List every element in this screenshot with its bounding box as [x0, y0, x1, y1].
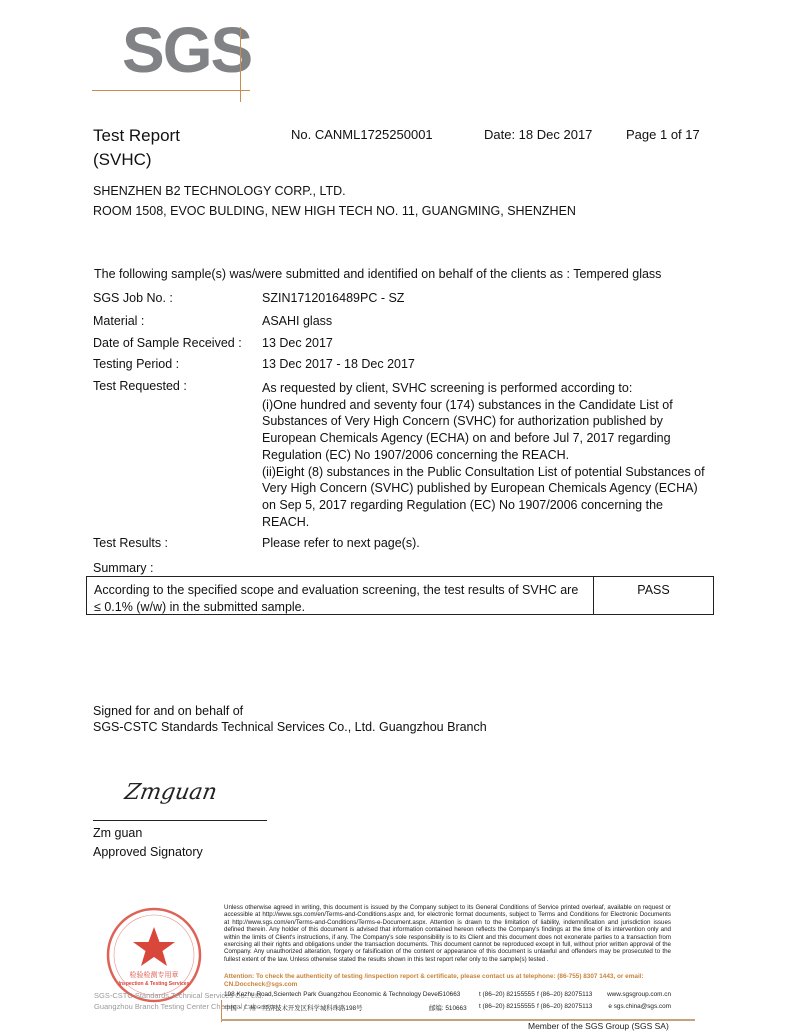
postcode-english: 510663 [439, 991, 479, 998]
svg-text:Inspection & Testing Services: Inspection & Testing Services [119, 981, 190, 987]
report-title-line1: Test Report [93, 124, 180, 148]
summary-description-cell: According to the specified scope and eva… [87, 577, 594, 614]
test-requested-text: As requested by client, SVHC screening i… [262, 380, 722, 530]
test-requested-line: Substances of Very High Concern (SVHC) f… [262, 413, 722, 430]
signatory-role: Approved Signatory [93, 843, 203, 862]
telephone: t (86–20) 82155555 [479, 991, 537, 998]
client-address: ROOM 1508, EVOC BULDING, NEW HIGH TECH N… [93, 201, 576, 221]
email-link[interactable]: e sgs.china@sgs.com [597, 1003, 671, 1012]
test-requested-line: (i)One hundred and seventy four (174) su… [262, 397, 722, 414]
test-requested-line: on Sep 5, 2017 regarding Regulation (EC)… [262, 497, 722, 514]
svg-text:检验检测专用章: 检验检测专用章 [130, 970, 179, 979]
address-chinese: 中国・广州・经济技术开发区科学城科珠路198号 [224, 1003, 429, 1012]
report-title: Test Report (SVHC) [93, 124, 180, 172]
client-block: SHENZHEN B2 TECHNOLOGY CORP., LTD. ROOM … [93, 181, 576, 221]
signatory-block: Zm guan Approved Signatory [93, 824, 203, 862]
report-title-line2: (SVHC) [93, 148, 180, 172]
member-of-sgs-group: Member of the SGS Group (SGS SA) [528, 1021, 669, 1031]
telephone-cn: t (86–20) 82155555 [479, 1003, 537, 1012]
field-value-job-no: SZIN1712016489PC - SZ [262, 291, 404, 305]
test-requested-line: European Chemicals Agency (ECHA) on and … [262, 430, 722, 447]
signed-line1: Signed for and on behalf of [93, 703, 487, 719]
field-value-test-results: Please refer to next page(s). [262, 536, 420, 550]
report-date: Date: 18 Dec 2017 [484, 127, 592, 142]
signatory-name: Zm guan [93, 824, 203, 843]
test-requested-line: REACH. [262, 514, 722, 531]
authenticity-attention: Attention: To check the authenticity of … [224, 973, 671, 988]
test-requested-line: (ii)Eight (8) substances in the Public C… [262, 464, 722, 481]
report-number: No. CANML1725250001 [291, 127, 433, 142]
field-label-material: Material : [93, 314, 144, 328]
handwritten-signature: Zmguan [123, 780, 219, 805]
sample-intro: The following sample(s) was/were submitt… [94, 267, 661, 281]
signature-line [93, 820, 267, 821]
logo-horizontal-rule [92, 90, 250, 91]
test-requested-line: Very High Concern (SVHC) published by Eu… [262, 480, 722, 497]
test-requested-line: As requested by client, SVHC screening i… [262, 380, 722, 397]
address-english: 198 Kezhu Road,Scientech Park Guangzhou … [224, 991, 439, 998]
field-value-testing-period: 13 Dec 2017 - 18 Dec 2017 [262, 357, 415, 371]
website-link[interactable]: www.sgsgroup.com.cn [597, 991, 671, 998]
signed-line2: SGS-CSTC Standards Technical Services Co… [93, 719, 487, 735]
address-row-english: 198 Kezhu Road,Scientech Park Guangzhou … [224, 991, 671, 998]
summary-text-line1: According to the specified scope and eva… [94, 582, 586, 599]
page-number: Page 1 of 17 [626, 127, 700, 142]
summary-label: Summary : [93, 561, 153, 575]
field-label-job-no: SGS Job No. : [93, 291, 173, 305]
client-name: SHENZHEN B2 TECHNOLOGY CORP., LTD. [93, 181, 576, 201]
postcode-chinese: 邮编: 510663 [429, 1003, 479, 1012]
field-label-testing-period: Testing Period : [93, 357, 179, 371]
test-requested-line: Regulation (EC) No 1907/2006 concerning … [262, 447, 722, 464]
fax-cn: f (86–20) 82075113 [537, 1003, 597, 1012]
signed-on-behalf: Signed for and on behalf of SGS-CSTC Sta… [93, 703, 487, 735]
logo-vertical-rule [240, 27, 241, 102]
field-value-material: ASAHI glass [262, 314, 332, 328]
legal-fine-print: Unless otherwise agreed in writing, this… [224, 904, 671, 963]
sgs-logo: SGS [92, 10, 252, 95]
field-label-test-results: Test Results : [93, 536, 168, 550]
summary-result-cell: PASS [594, 577, 713, 614]
summary-table: According to the specified scope and eva… [86, 576, 714, 615]
summary-text-line2: ≤ 0.1% (w/w) in the submitted sample. [94, 599, 586, 616]
field-value-date-received: 13 Dec 2017 [262, 336, 333, 350]
field-label-test-requested: Test Requested : [93, 379, 187, 393]
address-row-chinese: 中国・广州・经济技术开发区科学城科珠路198号 邮编: 510663 t (86… [224, 1003, 671, 1012]
sgs-logo-text: SGS [122, 18, 251, 82]
field-label-date-received: Date of Sample Received : [93, 336, 242, 350]
fax: f (86–20) 82075113 [537, 991, 597, 998]
